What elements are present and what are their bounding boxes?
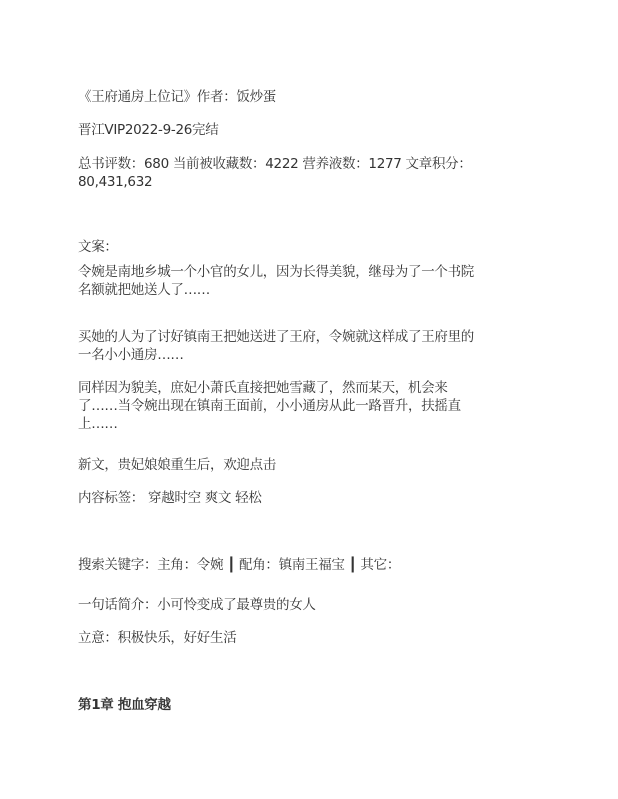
new-work-notice: 新文，贵妃娘娘重生后，欢迎点击 <box>78 456 538 474</box>
book-title-author: 《王府通房上位记》作者：饭炒蛋 <box>78 88 538 106</box>
book-stats-line-2: 80,431,632 <box>78 173 538 191</box>
book-stats: 总书评数：680 当前被收藏数：4222 营养液数：1277 文章积分： 80,… <box>78 155 538 191</box>
one-sentence-summary: 一句话简介：小可怜变成了最尊贵的女人 <box>78 596 538 614</box>
synopsis-line: 同样因为貌美，庶妃小萧氏直接把她雪藏了，然而某天，机会来 <box>78 379 538 397</box>
synopsis-heading: 文案： <box>78 238 538 256</box>
publication-status: 晋江VIP2022-9-26完结 <box>78 121 538 139</box>
search-keywords: 搜索关键字：主角：令婉 ┃ 配角：镇南王福宝 ┃ 其它： <box>78 556 538 574</box>
synopsis-line: 一名小小通房…… <box>78 346 538 364</box>
synopsis-line: 名额就把她送人了…… <box>78 281 538 299</box>
synopsis-line: 上…… <box>78 415 538 433</box>
theme-statement: 立意：积极快乐，好好生活 <box>78 629 538 647</box>
synopsis-paragraph-2: 买她的人为了讨好镇南王把她送进了王府，令婉就这样成了王府里的 一名小小通房…… <box>78 328 538 364</box>
book-stats-line-1: 总书评数：680 当前被收藏数：4222 营养液数：1277 文章积分： <box>78 155 538 173</box>
synopsis-paragraph-3: 同样因为貌美，庶妃小萧氏直接把她雪藏了，然而某天，机会来 了……当令婉出现在镇南… <box>78 379 538 433</box>
synopsis-line: 了……当令婉出现在镇南王面前，小小通房从此一路晋升，扶摇直 <box>78 397 538 415</box>
synopsis-line: 令婉是南地乡城一个小官的女儿，因为长得美貌，继母为了一个书院 <box>78 263 538 281</box>
synopsis-line: 买她的人为了讨好镇南王把她送进了王府，令婉就这样成了王府里的 <box>78 328 538 346</box>
content-tags: 内容标签： 穿越时空 爽文 轻松 <box>78 489 538 507</box>
chapter-heading: 第1章 抱血穿越 <box>78 696 538 714</box>
synopsis-paragraph-1: 令婉是南地乡城一个小官的女儿，因为长得美貌，继母为了一个书院 名额就把她送人了…… <box>78 263 538 299</box>
